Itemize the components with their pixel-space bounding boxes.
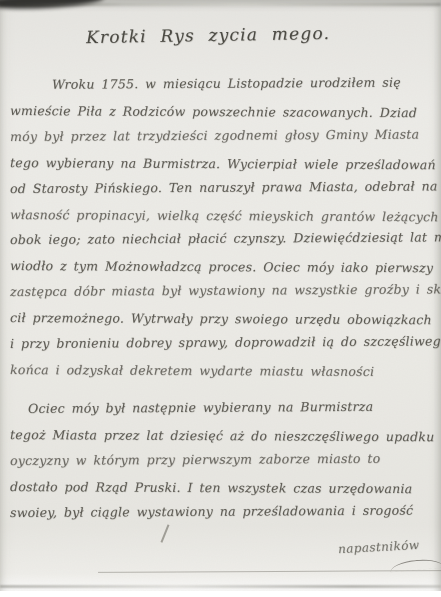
scanned-letter-page: Krotki Rys zycia mego. Wroku 1755. w mie… (0, 0, 441, 597)
handwritten-line: Wroku 1755. w miesiącu Listopadzie urodz… (10, 69, 436, 98)
handwritten-line: oyczyzny w którym przy pierwszym zaborze… (10, 445, 436, 474)
handwritten-line: zastępca dóbr miasta był wystawiony na w… (10, 277, 436, 306)
handwritten-line: od Starosty Pińskiego. Ten naruszył praw… (10, 173, 436, 202)
scan-margin-bottom (0, 591, 441, 597)
handwritten-line: i przy bronieniu dobrey sprawy, doprowad… (10, 328, 436, 357)
handwritten-line: swoiey, był ciągle wystawiony na prześla… (10, 497, 436, 526)
stray-pen-mark (160, 524, 169, 542)
paragraph-1: Wroku 1755. w miesiącu Listopadzie urodz… (10, 72, 436, 383)
paragraph-2: Ociec móy był następnie wybierany na Bur… (10, 396, 436, 526)
catchword: napastników (338, 538, 420, 556)
handwritten-line: końca i odzyskał dekretem wydarte miastu… (10, 357, 436, 385)
letter-title: Krotki Rys zycia mego. (86, 24, 330, 48)
scan-artifact-top-edge (0, 3, 441, 6)
handwritten-line: obok iego; zato niechciał płacić czynszy… (10, 225, 436, 254)
scan-artifact-bottom-edge (0, 585, 441, 588)
handwritten-line: móy był przez lat trzydzieści zgodnemi g… (10, 121, 436, 150)
handwritten-line: Ociec móy był następnie wybierany na Bur… (10, 393, 436, 422)
